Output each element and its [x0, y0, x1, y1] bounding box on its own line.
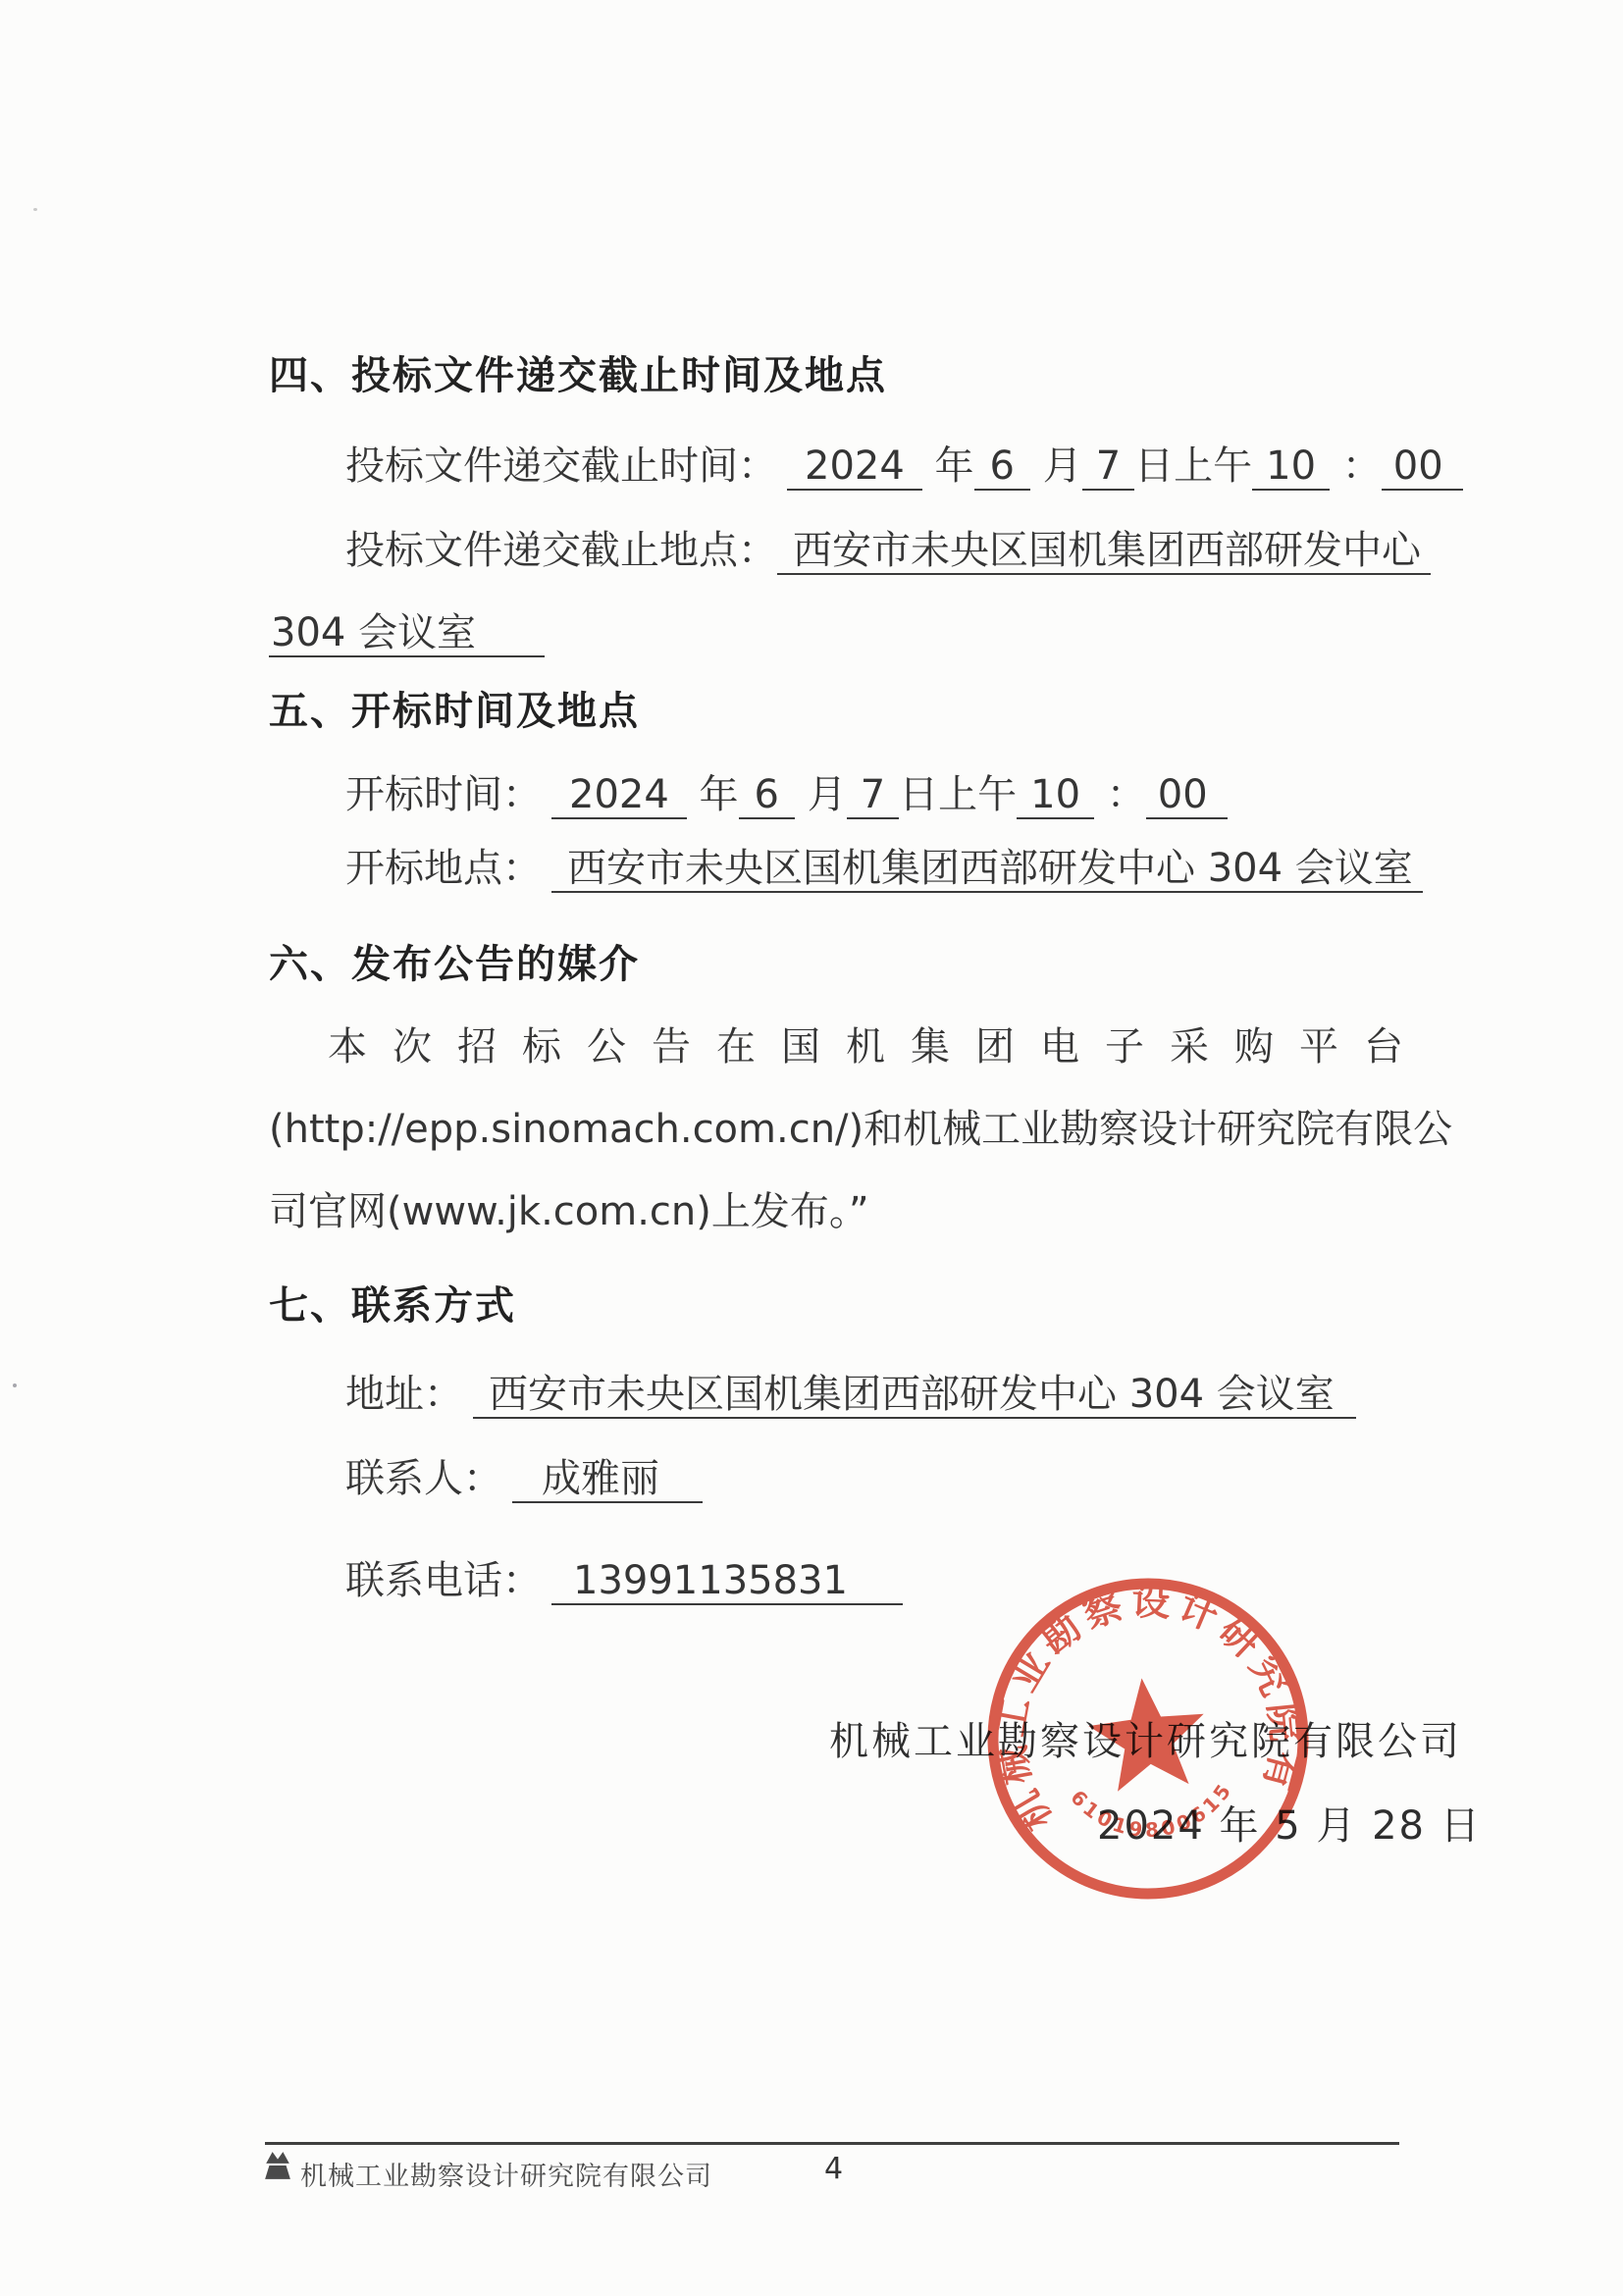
address-value: 西安市未央区国机集团西部研发中心 304 会议室 [473, 1372, 1356, 1419]
day-unit: 日上午 [899, 772, 1017, 817]
section4-heading: 四、投标文件递交截止时间及地点 [269, 351, 887, 400]
contact-address-line: 地址：西安市未央区国机集团西部研发中心 304 会议室 [345, 1370, 1356, 1419]
time-colon: ： [1107, 772, 1146, 817]
contact-person-line: 联系人：成雅丽 [345, 1454, 703, 1503]
section6-paragraph-line2: (http://epp.sinomach.com.cn/)和机械工业勘察设计研究… [269, 1105, 1452, 1154]
document-page: 四、投标文件递交截止时间及地点 投标文件递交截止时间：2024 年6 月7日上午… [0, 0, 1623, 2296]
time-colon: ： [1342, 444, 1382, 489]
section6-paragraph-line1: 本次招标公告在国机集团电子采购平台 [328, 1022, 1429, 1071]
open-place-value: 西安市未央区国机集团西部研发中心 304 会议室 [551, 846, 1423, 893]
seal-serial-number: 61019800615 [1065, 1769, 1242, 1851]
month-unit: 月 [808, 772, 847, 817]
footer-company-name: 机械工业勘察设计研究院有限公司 [300, 2155, 712, 2193]
open-hour-value: 10 [1017, 772, 1094, 819]
deadline-time-label: 投标文件递交截止时间： [345, 444, 777, 489]
section6-paragraph-line3: 司官网(www.jk.com.cn)上发布。” [269, 1187, 869, 1236]
open-time-label: 开标时间： [345, 772, 542, 817]
contact-phone-label: 联系电话： [345, 1558, 542, 1603]
section5-open-place-line: 开标地点：西安市未央区国机集团西部研发中心 304 会议室 [345, 844, 1423, 893]
year-unit: 年 [935, 444, 974, 489]
seal-star-icon [1084, 1672, 1211, 1794]
section4-deadline-time-line: 投标文件递交截止时间：2024 年6 月7日上午10 ：00 [345, 442, 1463, 491]
footer-divider [265, 2142, 1399, 2145]
month-unit: 月 [1043, 444, 1082, 489]
address-label: 地址： [345, 1372, 463, 1417]
deadline-hour-value: 10 [1252, 444, 1330, 491]
company-seal-stamp: 机械工业勘察设计研究院有限公司 61019800615 [963, 1553, 1334, 1924]
section7-heading: 七、联系方式 [269, 1281, 516, 1331]
deadline-minute-value: 00 [1382, 444, 1463, 491]
deadline-place-room: 304 会议室 [269, 610, 545, 657]
page-number: 4 [824, 2152, 843, 2186]
scan-speck [33, 208, 37, 211]
contact-person-label: 联系人： [345, 1456, 502, 1501]
deadline-year-value: 2024 [787, 444, 922, 491]
open-place-label: 开标地点： [345, 846, 542, 891]
deadline-place-label: 投标文件递交截止地点： [345, 528, 777, 573]
section4-deadline-place-line2: 304 会议室 [269, 608, 545, 657]
deadline-day-value: 7 [1082, 444, 1134, 491]
footer-logo-icon [263, 2151, 292, 2180]
section4-deadline-place-line: 投标文件递交截止地点：西安市未央区国机集团西部研发中心 [345, 526, 1431, 575]
year-unit: 年 [700, 772, 739, 817]
open-day-value: 7 [847, 772, 899, 819]
deadline-month-value: 6 [974, 444, 1030, 491]
section5-open-time-line: 开标时间：2024 年6 月7日上午10 ：00 [345, 770, 1228, 819]
open-month-value: 6 [739, 772, 795, 819]
open-year-value: 2024 [551, 772, 687, 819]
section6-heading: 六、发布公告的媒介 [269, 940, 640, 989]
deadline-place-value: 西安市未央区国机集团西部研发中心 [777, 528, 1431, 575]
scan-speck [13, 1383, 17, 1387]
contact-phone-line: 联系电话：13991135831 [345, 1556, 903, 1605]
day-unit: 日上午 [1134, 444, 1252, 489]
contact-phone-value: 13991135831 [551, 1558, 903, 1605]
open-minute-value: 00 [1146, 772, 1228, 819]
contact-person-value: 成雅丽 [512, 1456, 703, 1503]
section5-heading: 五、开标时间及地点 [269, 687, 640, 736]
